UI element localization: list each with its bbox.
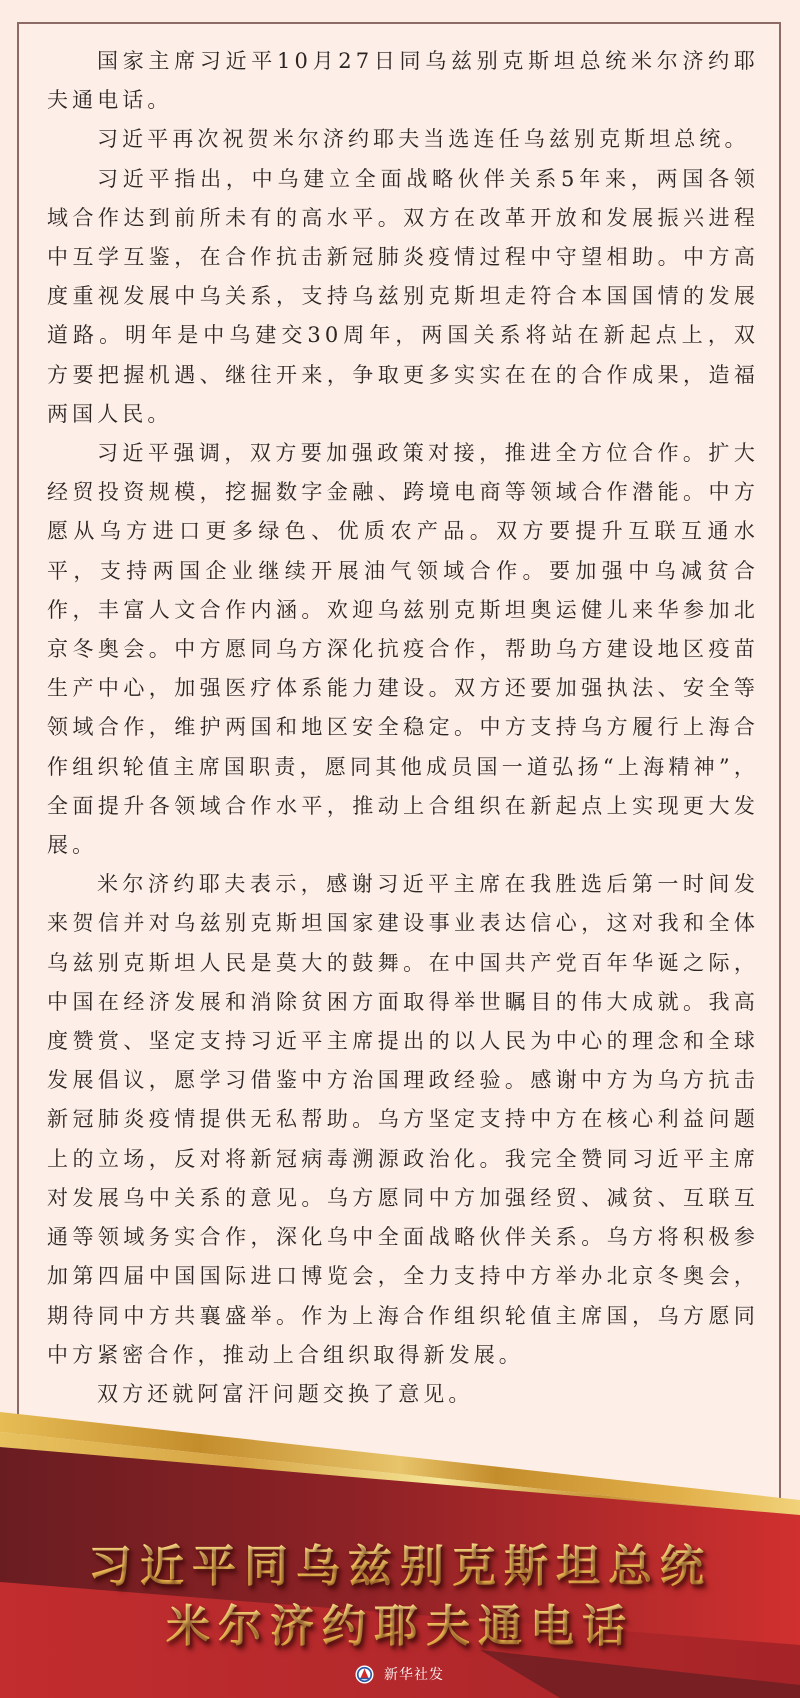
- source-credit: 新华社发: [355, 1664, 444, 1684]
- article-body: 国家主席习近平10月27日同乌兹别克斯坦总统米尔济约耶夫通电话。 习近平再次祝贺…: [47, 42, 759, 1414]
- article-paragraph: 习近平强调，双方要加强政策对接，推进全方位合作。扩大经贸投资规模，挖掘数字金融、…: [47, 434, 759, 865]
- credit-text: 新华社发: [384, 1664, 444, 1684]
- banner-title-line2: 米尔济约耶夫通电话: [0, 1590, 800, 1654]
- xinhua-logo-icon: [355, 1665, 374, 1684]
- banner-title-line1: 习近平同乌兹别克斯坦总统: [0, 1530, 800, 1594]
- article-paragraph: 习近平再次祝贺米尔济约耶夫当选连任乌兹别克斯坦总统。: [47, 120, 759, 159]
- article-paragraph: 习近平指出，中乌建立全面战略伙伴关系5年来，两国各领域合作达到前所未有的高水平。…: [47, 160, 759, 434]
- article-paragraph: 米尔济约耶夫表示，感谢习近平主席在我胜选后第一时间发来贺信并对乌兹别克斯坦国家建…: [47, 865, 759, 1375]
- article-paragraph: 国家主席习近平10月27日同乌兹别克斯坦总统米尔济约耶夫通电话。: [47, 42, 759, 120]
